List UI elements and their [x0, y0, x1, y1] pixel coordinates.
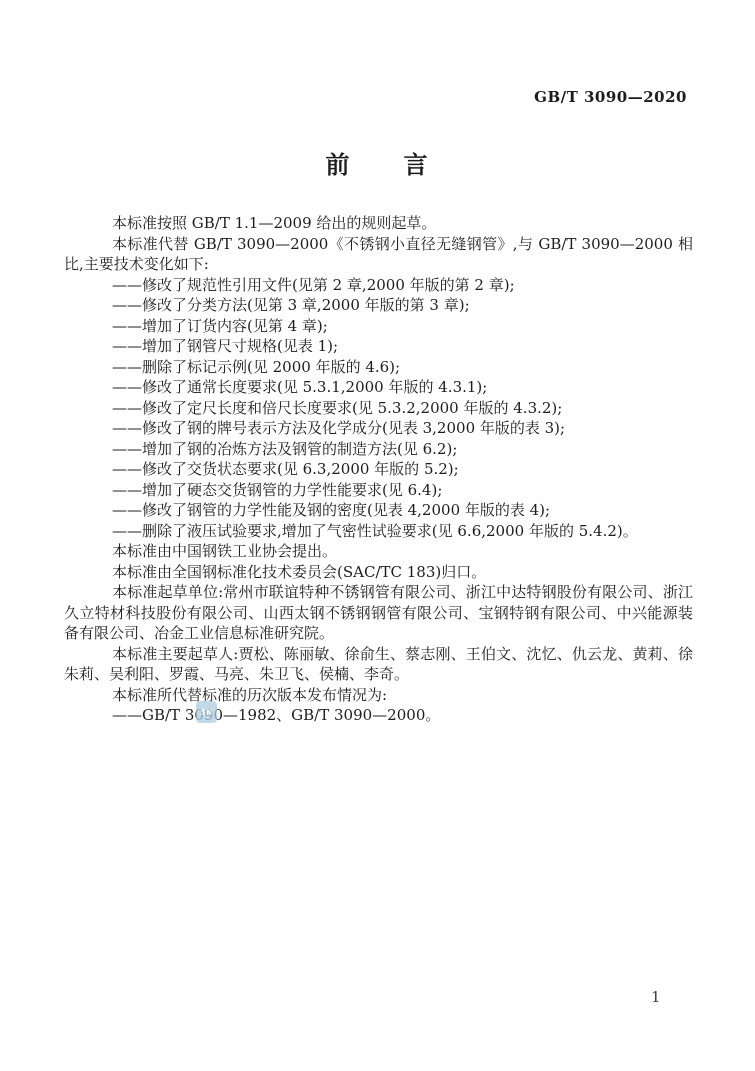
page-number: 1 — [651, 988, 661, 1006]
change-item: ——修改了分类方法(见第 3 章,2000 年版的第 3 章); — [64, 295, 693, 316]
change-item: ——删除了标记示例(见 2000 年版的 4.6); — [64, 357, 693, 378]
intro-paragraph-1: 本标准按照 GB/T 1.1—2009 给出的规则起草。 — [64, 213, 693, 234]
change-item: ——增加了硬态交货钢管的力学性能要求(见 6.4); — [64, 480, 693, 501]
change-item: ——删除了液压试验要求,增加了气密性试验要求(见 6.6,2000 年版的 5.… — [64, 521, 693, 542]
change-item: ——修改了定尺长度和倍尺长度要求(见 5.3.2,2000 年版的 4.3.2)… — [64, 398, 693, 419]
document-page: GB/T 3090—2020 前 言 本标准按照 GB/T 1.1—2009 给… — [0, 0, 755, 1071]
change-item: ——增加了订货内容(见第 4 章); — [64, 316, 693, 337]
change-item: ——修改了交货状态要求(见 6.3,2000 年版的 5.2); — [64, 459, 693, 480]
closing-paragraph-drafters: 本标准主要起草人:贾松、陈丽敏、徐俞生、蔡志刚、王伯文、沈忆、仇云龙、黄莉、徐朱… — [64, 644, 693, 685]
closing-paragraph-proposed-by: 本标准由中国钢铁工业协会提出。 — [64, 541, 693, 562]
change-item: ——修改了规范性引用文件(见第 2 章,2000 年版的第 2 章); — [64, 275, 693, 296]
history-versions-line: ——GB/T 3090—1982、GB/T 3090—2000。 — [64, 705, 693, 726]
closing-paragraph-centralized-by: 本标准由全国钢标准化技术委员会(SAC/TC 183)归口。 — [64, 562, 693, 583]
change-item: ——修改了钢管的力学性能及钢的密度(见表 4,2000 年版的表 4); — [64, 500, 693, 521]
doc-code: GB/T 3090—2020 — [534, 88, 687, 106]
intro-paragraph-2: 本标准代替 GB/T 3090—2000《不锈钢小直径无缝钢管》,与 GB/T … — [64, 234, 693, 275]
change-item: ——修改了通常长度要求(见 5.3.1,2000 年版的 4.3.1); — [64, 377, 693, 398]
change-item: ——增加了钢的冶炼方法及钢管的制造方法(见 6.2); — [64, 439, 693, 460]
closing-paragraph-history-intro: 本标准所代替标准的历次版本发布情况为: — [64, 685, 693, 706]
change-item: ——修改了钢的牌号表示方法及化学成分(见表 3,2000 年版的表 3); — [64, 418, 693, 439]
closing-paragraph-drafting-organizations: 本标准起草单位:常州市联谊特种不锈钢管有限公司、浙江中达特钢股份有限公司、浙江久… — [64, 582, 693, 644]
change-item: ——增加了钢管尺寸规格(见表 1); — [64, 336, 693, 357]
foreword-body: 本标准按照 GB/T 1.1—2009 给出的规则起草。 本标准代替 GB/T … — [0, 213, 755, 726]
